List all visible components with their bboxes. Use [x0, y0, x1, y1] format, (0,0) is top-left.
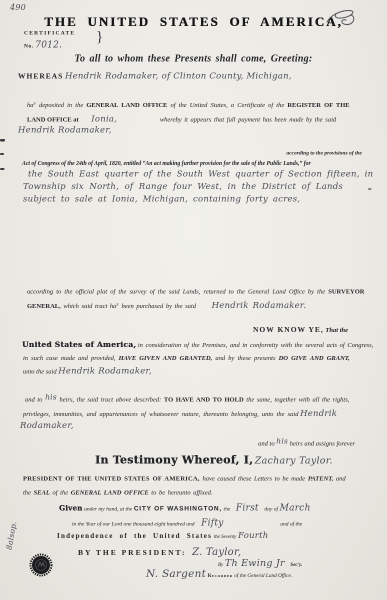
printed-text: and to	[25, 396, 42, 404]
day-handwritten: First	[236, 503, 259, 514]
now-know-ye-label: NOW KNOW YE,	[253, 326, 324, 334]
provisions-line: according to the provisions of the	[286, 150, 362, 156]
independence-label: Independence of the United States	[57, 533, 212, 541]
scan-speck	[368, 188, 372, 190]
printed-text: whereby it appears that full payment has…	[160, 116, 336, 124]
seal-label: SEAL	[34, 489, 50, 497]
printed-text: in consideration of the Premises, and in…	[138, 341, 373, 349]
office-location-handwritten: Ionia,	[91, 114, 117, 124]
land-description-3: subject to sale at Ionia, Michigan, cont…	[23, 195, 300, 204]
certificate-number: 7012.	[35, 40, 62, 51]
president-signature: Z. Taylor,	[192, 546, 241, 558]
printed-text: the Seventy	[214, 534, 237, 540]
printed-text: and to	[258, 440, 274, 448]
printed-text: under my hand, at the	[84, 506, 132, 512]
grantee-name-handwritten: Hendrik Rodamaker.	[212, 301, 307, 311]
his-handwritten: his	[45, 393, 57, 402]
independence-year-handwritten: Fourth	[238, 531, 268, 541]
land-description-1: the South East quarter of the South West…	[28, 170, 373, 179]
surveyor-label: SURVEYOR	[328, 288, 364, 296]
land-office-label: LAND OFFICE at	[27, 116, 79, 124]
general-label: GENERAL,	[27, 302, 61, 310]
scan-speck	[0, 139, 5, 142]
grantee-name-handwritten: Hendrik Rodamaker, of Clinton County, Mi…	[65, 71, 292, 81]
margin-annotation-handwritten: 8alsop.	[5, 520, 18, 550]
recorder-office-label: of the General Land Office.	[234, 573, 292, 579]
general-land-office-label: GENERAL LAND OFFICE	[86, 101, 167, 109]
handwritten-s: s	[34, 101, 36, 106]
printed-text: unto the said	[23, 368, 57, 376]
grantee-name-handwritten: Hendrik Rodamaker,	[58, 366, 152, 376]
scan-speck	[0, 153, 4, 155]
have-given-granted-label: HAVE GIVEN AND GRANTED,	[119, 354, 213, 362]
printed-text: the	[224, 506, 231, 512]
printed-text: and of the	[280, 521, 302, 527]
folio-number: 490	[10, 3, 26, 12]
scanned-page: 490 THE UNITED STATES OF AMERICA, CERTIF…	[0, 0, 387, 600]
grantee-name-handwritten: Hendrik Rodamaker,	[18, 126, 112, 135]
register-label: REGISTER OF THE	[287, 101, 349, 109]
month-handwritten: March	[280, 503, 311, 514]
united-states-blackletter: United States of America,	[22, 340, 136, 349]
whereas-label: WHEREAS	[18, 73, 63, 81]
by-the-president-label: BY THE PRESIDENT:	[78, 549, 186, 557]
printed-text: according to the official plat of the su…	[27, 288, 325, 296]
printed-text: and by these presents	[215, 354, 275, 362]
printed-text: been purchased by the said	[121, 302, 196, 310]
certificate-label: CERTIFICATE	[24, 30, 75, 36]
president-of-us-label: PRESIDENT OF THE UNITED STATES OF AMERIC…	[23, 475, 200, 483]
printed-text: which said tract ha	[63, 302, 116, 310]
secretary-signature: Th Ewing Jr	[225, 558, 285, 569]
printed-text: have caused these Letters to be made	[202, 475, 305, 483]
recorder-title-label: Recorder	[208, 574, 233, 579]
printed-text: day of	[264, 506, 278, 512]
grantee-name-handwritten: Hendrik	[300, 409, 337, 419]
printed-text: That the	[325, 326, 348, 334]
printed-text: in the Year of our Lord one thousand eig…	[72, 521, 195, 527]
printed-text: privileges, immunities, and appurtenance…	[23, 410, 298, 418]
in-testimony-whereof-label: In Testimony Whereof, I,	[95, 454, 253, 467]
do-give-grant-label: DO GIVE AND GRANT,	[279, 354, 350, 362]
printed-text: in such case made and provided,	[23, 354, 115, 362]
printed-text: of the	[52, 489, 68, 497]
secretary-title-label: Sec'y.	[290, 562, 302, 568]
recorder-signature: N. Sargent	[146, 568, 206, 580]
patent-label: PATENT,	[308, 475, 333, 483]
certificate-no-label: No.	[24, 43, 34, 49]
printed-text: heirs and assigns forever	[290, 440, 355, 448]
land-patent-document: 490 THE UNITED STATES OF AMERICA, CERTIF…	[0, 0, 387, 600]
to-have-and-hold-label: TO HAVE AND TO HOLD	[164, 396, 244, 404]
handwritten-s: s	[116, 301, 118, 306]
printed-text: By	[218, 562, 223, 568]
printed-text: and	[336, 475, 346, 483]
grantee-name-handwritten: Rodamaker,	[20, 421, 74, 430]
printed-text: heirs, the said tract above described:	[60, 396, 162, 404]
city-of-washington-label: CITY OF WASHINGTON,	[134, 505, 222, 513]
printed-text: deposited in the	[39, 101, 83, 109]
printed-text: of the United States, a Certificate of t…	[170, 101, 284, 109]
printed-text: the	[23, 489, 31, 497]
year-handwritten: Fifty	[201, 518, 223, 529]
act-of-congress-line: Act of Congress of the 24th of April, 18…	[22, 161, 311, 167]
given-blackletter: Given	[59, 505, 83, 513]
land-description-2: Township six North, of Range four West, …	[23, 182, 343, 191]
printed-text: the same, together with all the rights,	[246, 396, 349, 404]
scan-speck	[0, 168, 5, 170]
greeting-line: To all to whom these Presents shall come…	[0, 53, 387, 64]
general-land-office-label: GENERAL LAND OFFICE	[71, 489, 149, 497]
president-name-handwritten: Zachary Taylor.	[255, 455, 333, 466]
clerk-paraph-flourish-icon	[320, 7, 364, 31]
his-handwritten: his	[276, 437, 288, 446]
general-land-office-seal-icon	[28, 552, 54, 578]
printed-text: to be hereunto affixed.	[151, 489, 212, 497]
certificate-brace: }	[96, 28, 103, 45]
